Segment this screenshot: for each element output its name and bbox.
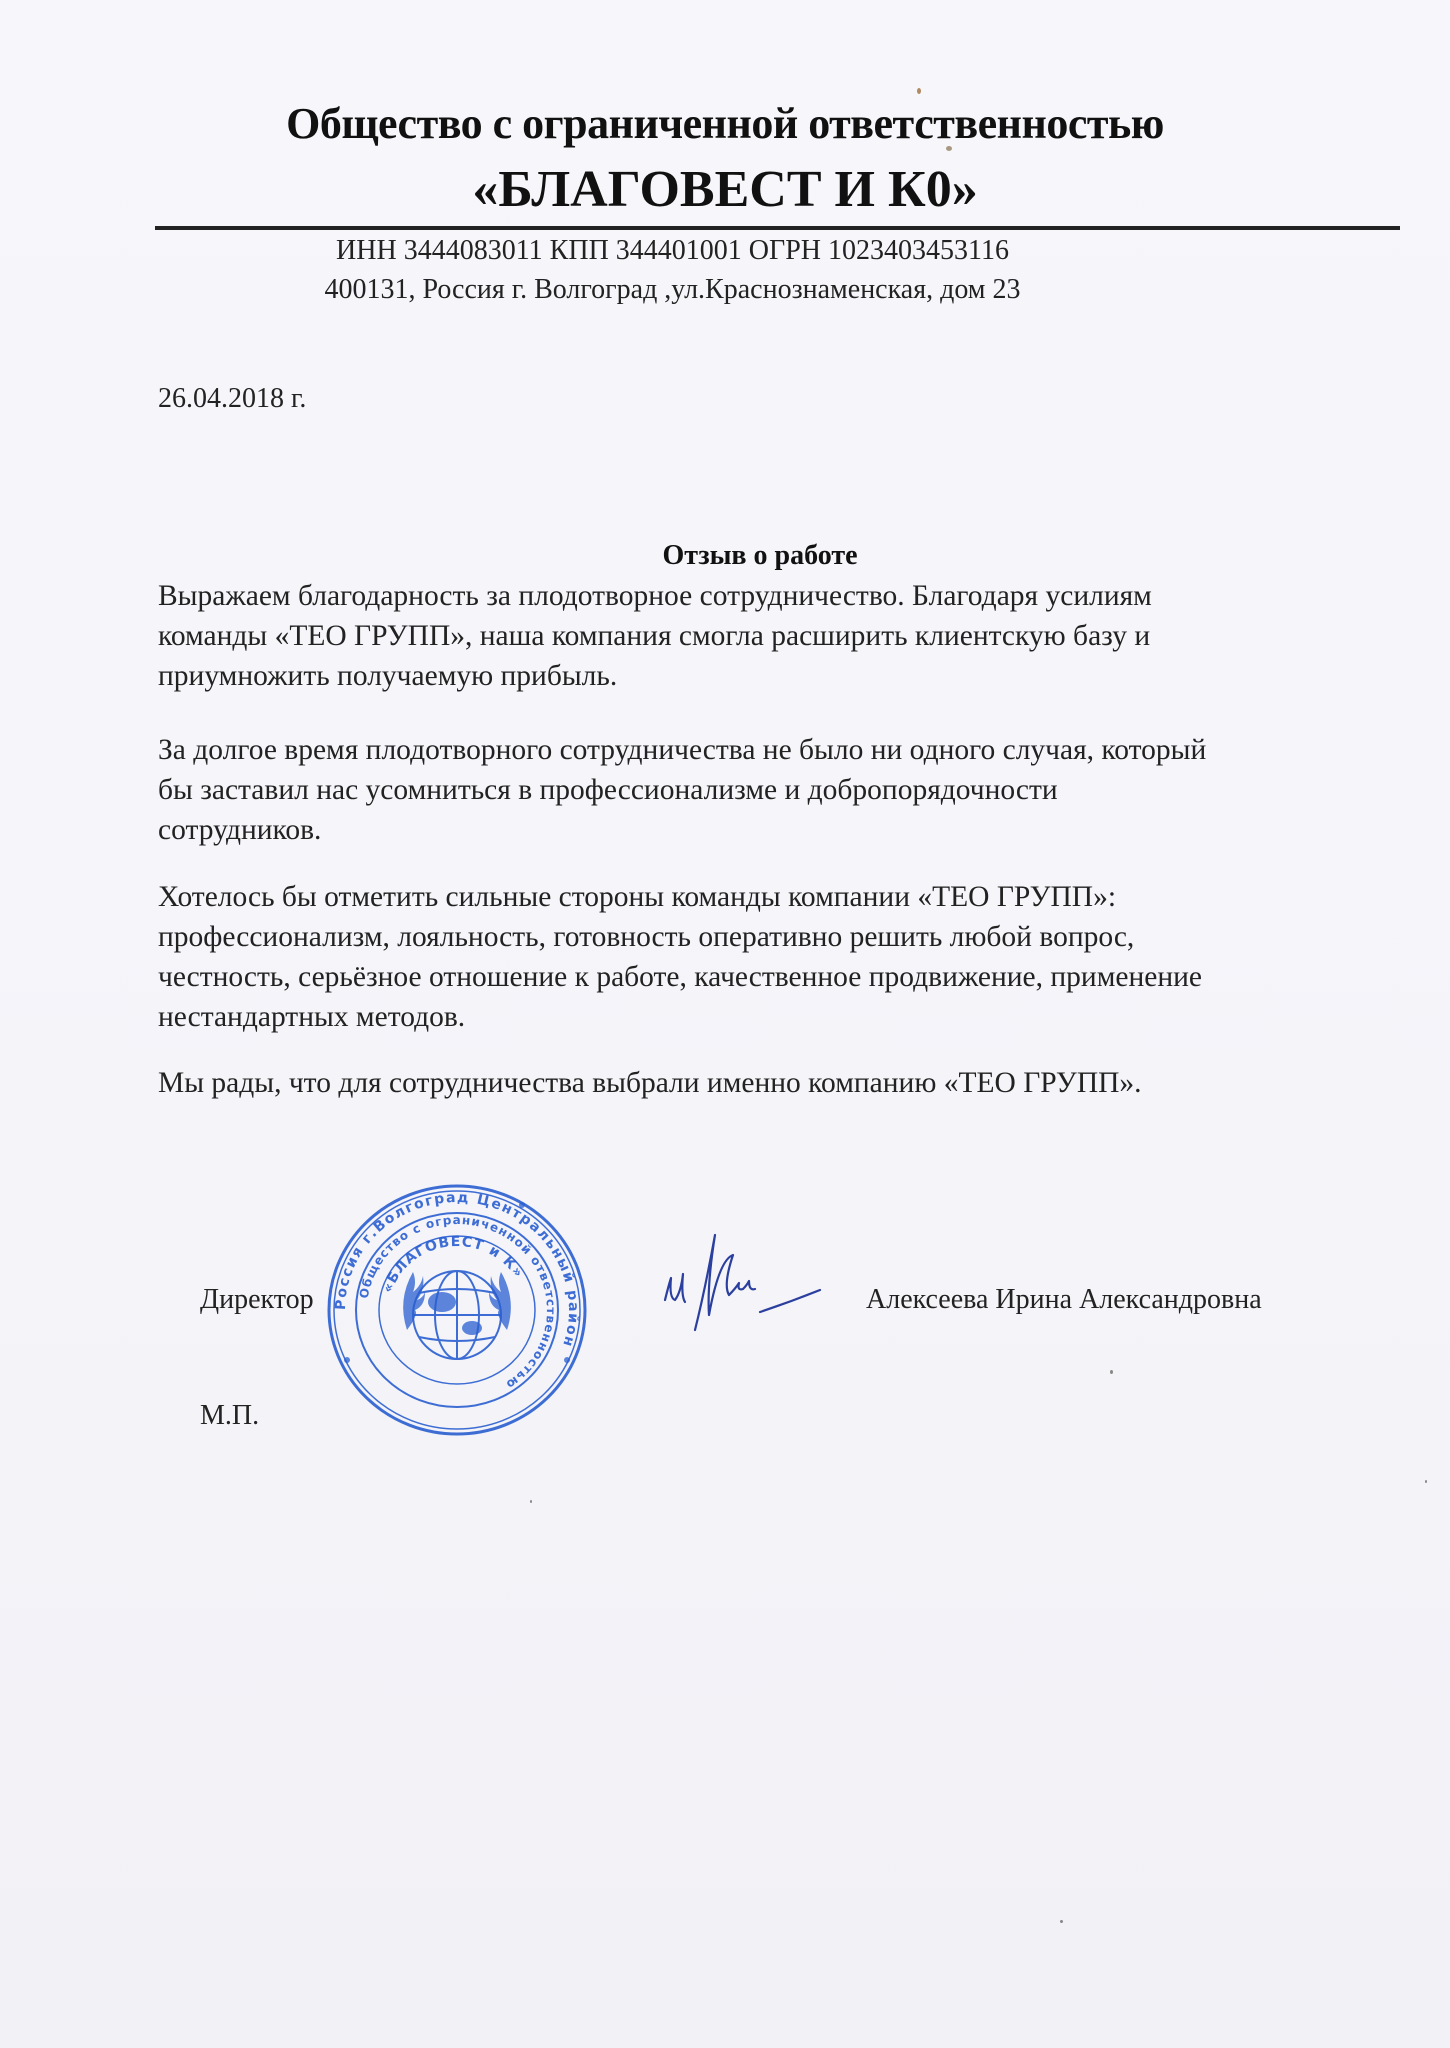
paragraph-line: За долгое время плодотворного сотрудниче…: [158, 730, 1408, 770]
paragraph-3: Хотелось бы отметить сильные стороны ком…: [158, 877, 1408, 1037]
letterhead-registration: ИНН 3444083011 КПП 344401001 ОГРН 102340…: [150, 235, 1195, 267]
signatory-role: Директор: [200, 1284, 314, 1316]
signature-icon: [655, 1230, 865, 1340]
paragraph-line: нестандартных методов.: [158, 997, 1408, 1037]
paragraph-line: приумножить получаемую прибыль.: [158, 656, 1408, 696]
document-title: Отзыв о работе: [0, 540, 1450, 572]
scan-speck: [1425, 1480, 1427, 1483]
scan-speck: [530, 1500, 532, 1503]
seal-placeholder-label: М.П.: [200, 1400, 259, 1432]
company-stamp-icon: Россия г.Волгоград Центральный район Общ…: [322, 1180, 592, 1440]
paragraph-1: Выражаем благодарность за плодотворное с…: [158, 576, 1408, 696]
paragraph-line: Выражаем благодарность за плодотворное с…: [158, 576, 1408, 616]
scan-speck: [946, 146, 952, 151]
letterhead-org-type: Общество с ограниченной ответственностью: [0, 98, 1450, 149]
paragraph-line: бы заставил нас усомниться в профессиона…: [158, 770, 1408, 810]
document-page: Общество с ограниченной ответственностью…: [0, 0, 1450, 2048]
paragraph-4: Мы рады, что для сотрудничества выбрали …: [158, 1063, 1408, 1103]
paragraph-2: За долгое время плодотворного сотрудниче…: [158, 730, 1408, 850]
paragraph-line: сотрудников.: [158, 810, 1408, 850]
paragraph-line: Мы рады, что для сотрудничества выбрали …: [158, 1063, 1408, 1103]
paragraph-line: Хотелось бы отметить сильные стороны ком…: [158, 877, 1408, 917]
letterhead-address: 400131, Россия г. Волгоград ,ул.Краснозн…: [150, 274, 1195, 306]
paragraph-line: команды «ТЕО ГРУПП», наша компания смогл…: [158, 616, 1408, 656]
scan-speck: [1110, 1370, 1113, 1374]
scan-speck: [917, 88, 921, 94]
letterhead-divider: [155, 226, 1400, 230]
paragraph-line: профессионализм, лояльность, готовность …: [158, 917, 1408, 957]
paragraph-line: честность, серьёзное отношение к работе,…: [158, 957, 1408, 997]
signatory-name: Алексеева Ирина Александровна: [866, 1284, 1262, 1316]
scan-speck: [1060, 1920, 1063, 1923]
letterhead-org-name: «БЛАГОВЕСТ И К0»: [0, 160, 1450, 219]
letter-date: 26.04.2018 г.: [158, 383, 306, 415]
